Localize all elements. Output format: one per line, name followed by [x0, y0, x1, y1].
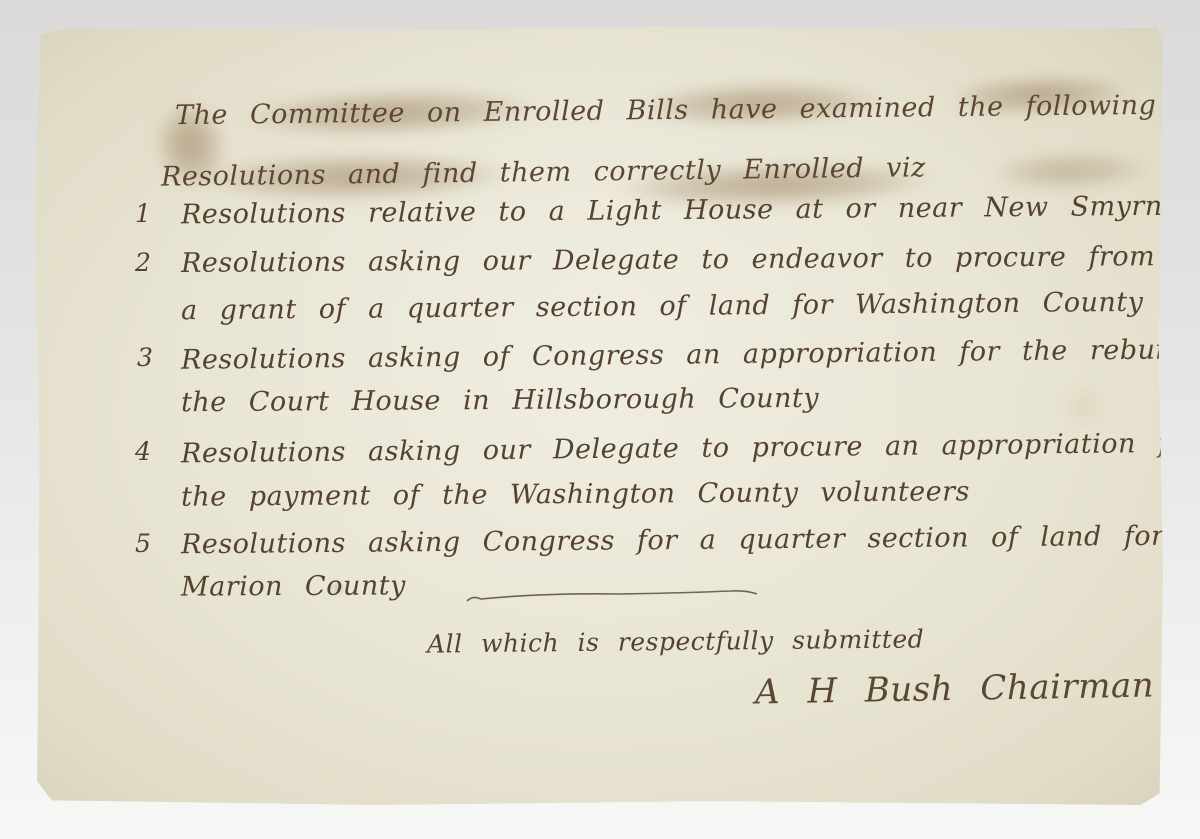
item-4-line-2: the payment of the Washington County vol…: [181, 476, 970, 513]
item-number: 1: [135, 199, 151, 228]
item-5-line-1: Resolutions asking Congress for a quarte…: [181, 521, 1165, 561]
item-3-line-1: Resolutions asking of Congress an approp…: [181, 333, 1200, 376]
item-2-line-2: a grant of a quarter section of land for…: [181, 287, 1144, 326]
item-number: 5: [135, 529, 151, 558]
item-number: 4: [135, 437, 151, 466]
manuscript-page: The Committee on Enrolled Bills have exa…: [35, 27, 1163, 805]
heading-line-1: The Committee on Enrolled Bills have exa…: [175, 90, 1157, 131]
paper-stain: [1055, 387, 1115, 427]
item-5-line-2: Marion County: [181, 570, 406, 602]
item-number: 3: [137, 343, 153, 372]
item-1-line-1: Resolutions relative to a Light House at…: [181, 191, 1180, 231]
signature-line: A H Bush Chairman: [755, 666, 1155, 713]
item-2-line-1: Resolutions asking our Delegate to endea…: [181, 240, 1200, 279]
item-3-line-2: the Court House in Hillsborough County: [181, 383, 819, 418]
dash-flourish: [463, 585, 763, 609]
item-4-line-1: Resolutions asking our Delegate to procu…: [181, 428, 1199, 470]
closing-line: All which is respectfully submitted: [427, 624, 924, 658]
heading-line-2: Resolutions and find them correctly Enro…: [161, 152, 926, 192]
photo-background: The Committee on Enrolled Bills have exa…: [0, 0, 1200, 839]
item-number: 2: [135, 248, 151, 277]
